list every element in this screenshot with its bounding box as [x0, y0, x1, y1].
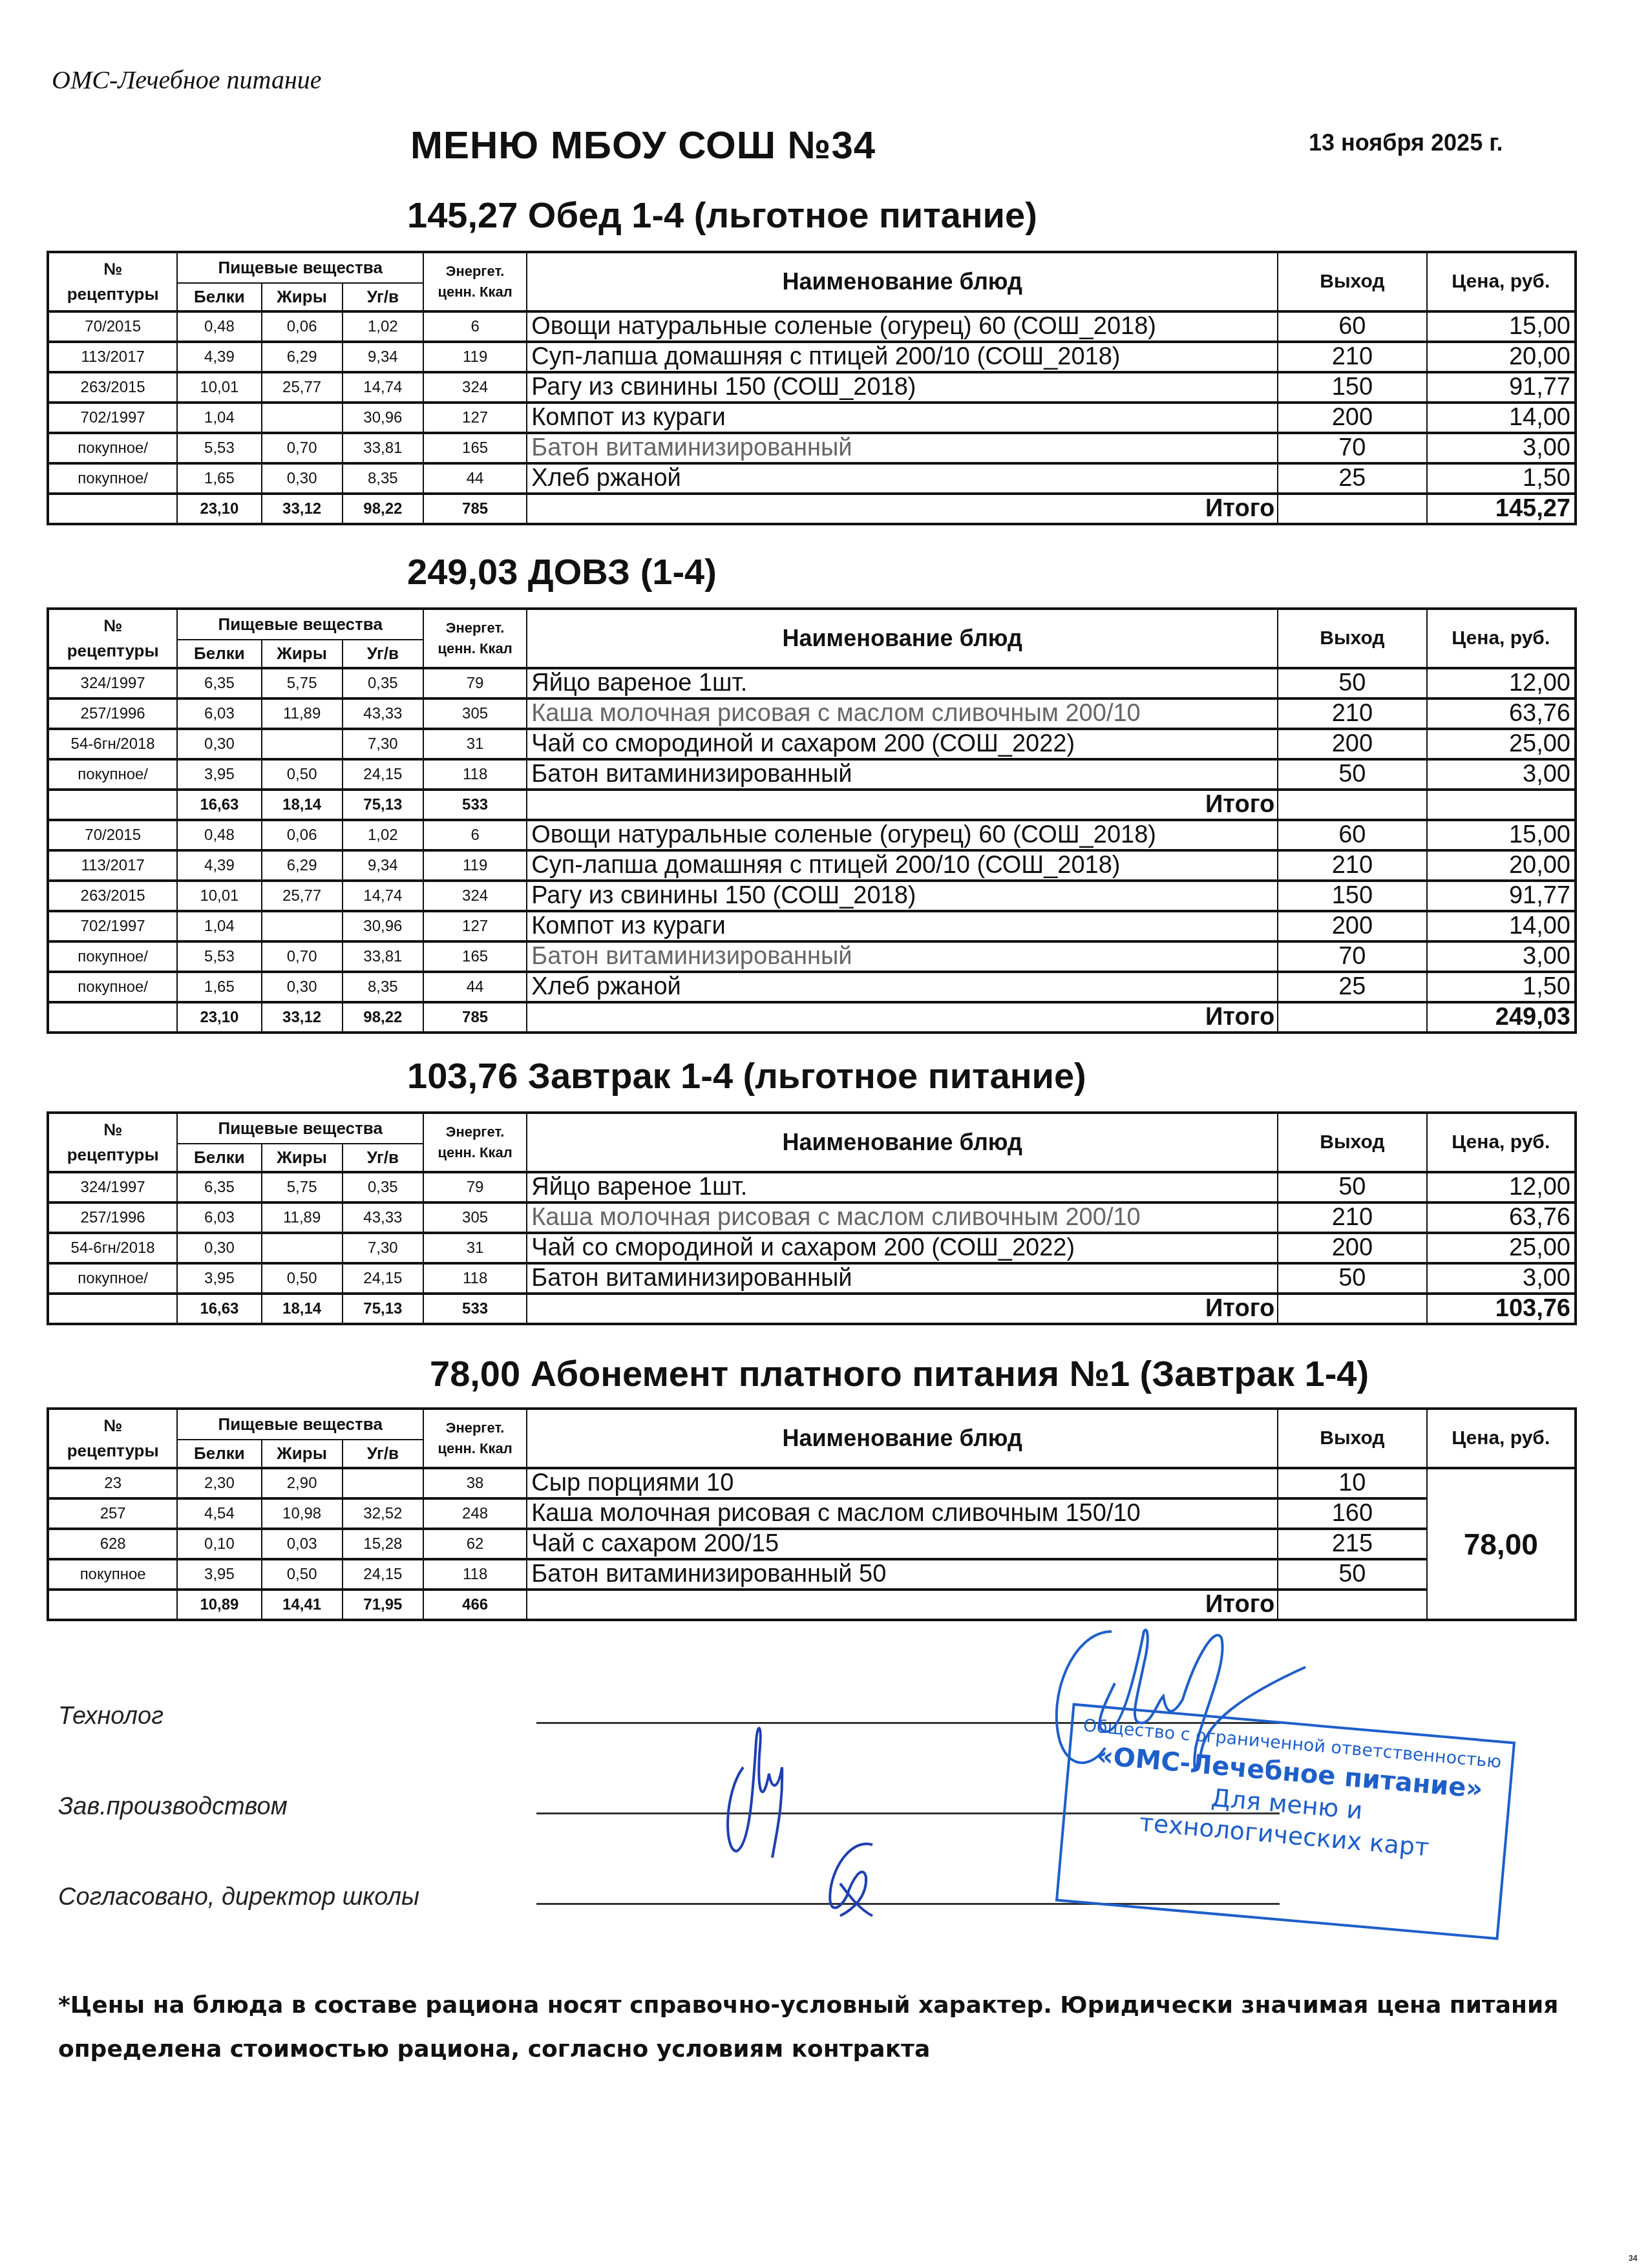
cell-fat: 18,14 — [262, 1294, 343, 1324]
cell-price: 1,50 — [1427, 972, 1576, 1002]
cell-dish-name: Рагу из свинины 150 (СОШ_2018) — [527, 372, 1278, 403]
cell-recipe-no: 324/1997 — [48, 1172, 177, 1202]
cell-carbs: 8,35 — [343, 463, 423, 494]
header-recipe-no-line1: № — [53, 1416, 173, 1436]
cell-fat: 0,50 — [262, 1559, 343, 1590]
header-fat: Жиры — [262, 1440, 343, 1468]
header-carbs: Уг/в — [343, 1144, 423, 1172]
cell-dish-name: Яйцо вареное 1шт. — [527, 1172, 1278, 1202]
cell-protein: 0,48 — [177, 820, 261, 850]
cell-price: 14,00 — [1427, 911, 1576, 941]
table-header-row: №рецептурыПищевые веществаЭнергет.ценн. … — [48, 1409, 1576, 1440]
cell-protein: 4,39 — [177, 342, 261, 372]
cell-protein: 16,63 — [177, 1294, 261, 1324]
cell-recipe-no: покупное/ — [48, 433, 177, 463]
cell-protein: 6,35 — [177, 1172, 261, 1202]
cell-dish-name: Чай со смородиной и сахаром 200 (СОШ_202… — [527, 729, 1278, 759]
menu-table-dovz: №рецептурыПищевые веществаЭнергет.ценн. … — [47, 607, 1577, 1034]
cell-kcal: 127 — [423, 403, 527, 433]
cell-recipe-no: покупное/ — [48, 972, 177, 1002]
page-mark: 34 — [1629, 2254, 1637, 2263]
cell-recipe-no: 263/2015 — [48, 881, 177, 911]
cell-fat: 5,75 — [262, 668, 343, 698]
signature-production-head — [717, 1716, 795, 1864]
cell-fat: 5,75 — [262, 1172, 343, 1202]
header-dish-name: Наименование блюд — [527, 609, 1278, 668]
cell-dish-name: Хлеб ржаной — [527, 972, 1278, 1002]
cell-fat: 2,90 — [262, 1468, 343, 1498]
cell-output: 70 — [1278, 433, 1426, 463]
cell-carbs: 32,52 — [343, 1498, 423, 1529]
table-total-row: 23,1033,1298,22785Итого145,27 — [48, 494, 1576, 524]
header-carbs: Уг/в — [343, 1440, 423, 1468]
cell-carbs: 14,74 — [343, 372, 423, 403]
cell-carbs: 1,02 — [343, 820, 423, 850]
cell-protein: 0,30 — [177, 729, 261, 759]
cell-output: 150 — [1278, 372, 1426, 403]
header-protein: Белки — [177, 1144, 261, 1172]
cell-dish-name: Суп-лапша домашняя с птицей 200/10 (СОШ_… — [527, 342, 1278, 372]
cell-fat: 0,03 — [262, 1529, 343, 1559]
cell-empty — [48, 1590, 177, 1620]
cell-kcal: 533 — [423, 790, 527, 820]
cell-dish-name: Овощи натуральные соленые (огурец) 60 (С… — [527, 820, 1278, 850]
cell-recipe-no: 113/2017 — [48, 850, 177, 881]
cell-protein: 1,04 — [177, 403, 261, 433]
header-output: Выход — [1278, 1409, 1426, 1468]
cell-recipe-no: покупное/ — [48, 759, 177, 790]
cell-price: 63,76 — [1427, 698, 1576, 729]
cell-recipe-no: 257/1996 — [48, 698, 177, 729]
header-recipe-no-line2: рецептуры — [53, 1441, 173, 1461]
cell-fat: 0,70 — [262, 941, 343, 972]
cell-kcal: 31 — [423, 729, 527, 759]
cell-price: 3,00 — [1427, 433, 1576, 463]
cell-recipe-no: 113/2017 — [48, 342, 177, 372]
cell-dish-name: Каша молочная рисовая с маслом сливочным… — [527, 1202, 1278, 1233]
footnote-line-1: *Цены на блюда в составе рациона носят с… — [58, 1984, 1609, 2028]
header-energy-line2: ценн. Ккал — [428, 1142, 522, 1163]
cell-kcal: 79 — [423, 1172, 527, 1202]
cell-kcal: 324 — [423, 881, 527, 911]
table-row: покупное/5,530,7033,81165Батон витаминиз… — [48, 433, 1576, 463]
cell-output: 200 — [1278, 1233, 1426, 1263]
cell-empty — [48, 494, 177, 524]
table-row: покупное/5,530,7033,81165Батон витаминиз… — [48, 941, 1576, 972]
table-row: 54-6гн/20180,307,3031Чай со смородиной и… — [48, 1233, 1576, 1263]
cell-kcal: 118 — [423, 759, 527, 790]
header-fat: Жиры — [262, 640, 343, 668]
cell-output: 10 — [1278, 1468, 1426, 1498]
cell-price: 91,77 — [1427, 372, 1576, 403]
cell-kcal: 533 — [423, 1294, 527, 1324]
header-energy-line1: Энергет. — [428, 618, 522, 638]
table-row: 113/20174,396,299,34119Суп-лапша домашня… — [48, 850, 1576, 881]
price-footnote: *Цены на блюда в составе рациона носят с… — [58, 1984, 1609, 2072]
cell-protein: 10,89 — [177, 1590, 261, 1620]
cell-fat: 18,14 — [262, 790, 343, 820]
cell-fat: 11,89 — [262, 1202, 343, 1233]
cell-price: 20,00 — [1427, 850, 1576, 881]
header-energy-line2: ценн. Ккал — [428, 638, 522, 659]
cell-empty — [48, 1294, 177, 1324]
cell-fat — [262, 729, 343, 759]
cell-total-label: Итого — [527, 494, 1278, 524]
cell-fat: 0,06 — [262, 311, 343, 342]
section-title-dovz: 249,03 ДОВЗ (1-4) — [407, 551, 717, 593]
cell-kcal: 305 — [423, 698, 527, 729]
cell-dish-name: Каша молочная рисовая с маслом сливочным… — [527, 1498, 1278, 1529]
header-price: Цена, руб. — [1427, 252, 1576, 311]
header-recipe-no-line2: рецептуры — [53, 641, 173, 661]
cell-recipe-no: покупное/ — [48, 1263, 177, 1294]
organization-header: ОМС-Лечебное питание — [52, 65, 322, 95]
cell-protein: 4,54 — [177, 1498, 261, 1529]
cell-dish-name: Суп-лапша домашняя с птицей 200/10 (СОШ_… — [527, 850, 1278, 881]
table-header-row: №рецептурыПищевые веществаЭнергет.ценн. … — [48, 609, 1576, 640]
table-row: 232,302,9038Сыр порциями 101078,00 — [48, 1468, 1576, 1498]
cell-dish-name: Овощи натуральные соленые (огурец) 60 (С… — [527, 311, 1278, 342]
signature-label-production-head: Зав.производством — [58, 1793, 288, 1821]
document-date: 13 ноября 2025 г. — [1309, 129, 1503, 156]
cell-kcal: 38 — [423, 1468, 527, 1498]
cell-recipe-no: 702/1997 — [48, 403, 177, 433]
cell-protein: 1,65 — [177, 972, 261, 1002]
cell-kcal: 31 — [423, 1233, 527, 1263]
cell-price: 25,00 — [1427, 1233, 1576, 1263]
header-energy: Энергет.ценн. Ккал — [423, 252, 527, 311]
table-row: 263/201510,0125,7714,74324Рагу из свинин… — [48, 372, 1576, 403]
cell-carbs: 30,96 — [343, 403, 423, 433]
cell-protein: 3,95 — [177, 1559, 261, 1590]
section-title-lunch: 145,27 Обед 1-4 (льготное питание) — [407, 194, 1037, 236]
cell-total-label: Итого — [527, 790, 1278, 820]
cell-dish-name: Компот из кураги — [527, 403, 1278, 433]
section-title-breakfast: 103,76 Завтрак 1-4 (льготное питание) — [407, 1055, 1086, 1097]
table-total-row: 10,8914,4171,95466Итого — [48, 1590, 1576, 1620]
cell-kcal: 79 — [423, 668, 527, 698]
cell-dish-name: Компот из кураги — [527, 911, 1278, 941]
cell-protein: 23,10 — [177, 1002, 261, 1033]
company-stamp: Общество с ограниченной ответственностью… — [1055, 1703, 1516, 1940]
table-row: 257/19966,0311,8943,33305Каша молочная р… — [48, 698, 1576, 729]
cell-fat: 0,50 — [262, 1263, 343, 1294]
cell-output: 25 — [1278, 463, 1426, 494]
cell-total-price: 249,03 — [1427, 1002, 1576, 1033]
cell-carbs — [343, 1468, 423, 1498]
header-dish-name: Наименование блюд — [527, 1113, 1278, 1172]
cell-fat: 6,29 — [262, 342, 343, 372]
menu-table-subscription: №рецептурыПищевые веществаЭнергет.ценн. … — [47, 1407, 1577, 1621]
table-row: 324/19976,355,750,3579Яйцо вареное 1шт.5… — [48, 1172, 1576, 1202]
table-row: 6280,100,0315,2862Чай с сахаром 200/1521… — [48, 1529, 1576, 1559]
table-row: 113/20174,396,299,34119Суп-лапша домашня… — [48, 342, 1576, 372]
header-energy-line1: Энергет. — [428, 1418, 522, 1438]
cell-price: 3,00 — [1427, 941, 1576, 972]
cell-recipe-no: покупное/ — [48, 463, 177, 494]
cell-protein: 0,30 — [177, 1233, 261, 1263]
header-energy: Энергет.ценн. Ккал — [423, 1113, 527, 1172]
cell-protein: 1,04 — [177, 911, 261, 941]
table-row: покупное/3,950,5024,15118Батон витаминиз… — [48, 759, 1576, 790]
header-price: Цена, руб. — [1427, 1113, 1576, 1172]
cell-fat: 0,70 — [262, 433, 343, 463]
cell-dish-name: Чай со смородиной и сахаром 200 (СОШ_202… — [527, 1233, 1278, 1263]
cell-empty — [48, 790, 177, 820]
table-header-row: №рецептурыПищевые веществаЭнергет.ценн. … — [48, 252, 1576, 283]
header-energy-line2: ценн. Ккал — [428, 1438, 522, 1459]
cell-carbs: 75,13 — [343, 790, 423, 820]
header-recipe-no-line2: рецептуры — [53, 284, 173, 304]
cell-kcal: 119 — [423, 342, 527, 372]
cell-price: 3,00 — [1427, 1263, 1576, 1294]
cell-protein: 2,30 — [177, 1468, 261, 1498]
cell-carbs: 71,95 — [343, 1590, 423, 1620]
cell-price: 15,00 — [1427, 820, 1576, 850]
cell-output: 50 — [1278, 1263, 1426, 1294]
header-recipe-no: №рецептуры — [48, 1409, 177, 1468]
cell-output: 60 — [1278, 820, 1426, 850]
cell-price: 63,76 — [1427, 1202, 1576, 1233]
cell-recipe-no: 628 — [48, 1529, 177, 1559]
cell-protein: 0,10 — [177, 1529, 261, 1559]
header-nutrients: Пищевые вещества — [177, 1113, 423, 1144]
header-dish-name: Наименование блюд — [527, 252, 1278, 311]
cell-kcal: 466 — [423, 1590, 527, 1620]
cell-dish-name: Хлеб ржаной — [527, 463, 1278, 494]
cell-carbs: 33,81 — [343, 433, 423, 463]
menu-table-breakfast: №рецептурыПищевые веществаЭнергет.ценн. … — [47, 1111, 1577, 1325]
cell-dish-name: Батон витаминизированный — [527, 433, 1278, 463]
cell-recipe-no: 263/2015 — [48, 372, 177, 403]
header-recipe-no-line1: № — [53, 1120, 173, 1140]
cell-kcal: 118 — [423, 1559, 527, 1590]
cell-dish-name: Батон витаминизированный 50 — [527, 1559, 1278, 1590]
cell-kcal: 44 — [423, 972, 527, 1002]
cell-carbs: 15,28 — [343, 1529, 423, 1559]
cell-total-label: Итого — [527, 1002, 1278, 1033]
cell-kcal: 6 — [423, 820, 527, 850]
header-energy-line2: ценн. Ккал — [428, 282, 522, 302]
table-total-row: 16,6318,1475,13533Итого — [48, 790, 1576, 820]
table-row: покупное/3,950,5024,15118Батон витаминиз… — [48, 1263, 1576, 1294]
cell-output: 160 — [1278, 1498, 1426, 1529]
cell-dish-name: Батон витаминизированный — [527, 759, 1278, 790]
cell-output: 215 — [1278, 1529, 1426, 1559]
cell-output: 210 — [1278, 698, 1426, 729]
cell-carbs: 75,13 — [343, 1294, 423, 1324]
cell-kcal: 6 — [423, 311, 527, 342]
cell-kcal: 118 — [423, 1263, 527, 1294]
cell-price: 1,50 — [1427, 463, 1576, 494]
signature-label-director: Согласовано, директор школы — [58, 1884, 419, 1911]
signature-label-technologist: Технолог — [58, 1703, 164, 1730]
cell-fat: 0,06 — [262, 820, 343, 850]
cell-protein: 0,48 — [177, 311, 261, 342]
cell-fat — [262, 911, 343, 941]
cell-protein: 16,63 — [177, 790, 261, 820]
cell-kcal: 165 — [423, 941, 527, 972]
cell-price: 12,00 — [1427, 668, 1576, 698]
table-row: 2574,5410,9832,52248Каша молочная рисова… — [48, 1498, 1576, 1529]
cell-price: 15,00 — [1427, 311, 1576, 342]
cell-fat: 25,77 — [262, 881, 343, 911]
cell-total-label: Итого — [527, 1590, 1278, 1620]
cell-recipe-no: покупное/ — [48, 941, 177, 972]
table-row: 702/19971,0430,96127Компот из кураги2001… — [48, 403, 1576, 433]
header-output: Выход — [1278, 609, 1426, 668]
cell-fat: 14,41 — [262, 1590, 343, 1620]
cell-carbs: 7,30 — [343, 729, 423, 759]
table-row: покупное/1,650,308,3544Хлеб ржаной251,50 — [48, 972, 1576, 1002]
cell-output: 60 — [1278, 311, 1426, 342]
cell-recipe-no: 257/1996 — [48, 1202, 177, 1233]
table-row: 324/19976,355,750,3579Яйцо вареное 1шт.5… — [48, 668, 1576, 698]
cell-fat: 0,50 — [262, 759, 343, 790]
header-carbs: Уг/в — [343, 640, 423, 668]
cell-fat — [262, 403, 343, 433]
table-header-row: №рецептурыПищевые веществаЭнергет.ценн. … — [48, 1113, 1576, 1144]
cell-empty — [48, 1002, 177, 1033]
header-recipe-no-line2: рецептуры — [53, 1145, 173, 1165]
cell-fat: 6,29 — [262, 850, 343, 881]
cell-protein: 1,65 — [177, 463, 261, 494]
cell-recipe-no: 324/1997 — [48, 668, 177, 698]
cell-recipe-no: 54-6гн/2018 — [48, 729, 177, 759]
cell-carbs: 8,35 — [343, 972, 423, 1002]
cell-ration-price: 78,00 — [1427, 1468, 1576, 1620]
header-energy: Энергет.ценн. Ккал — [423, 1409, 527, 1468]
cell-recipe-no: 70/2015 — [48, 311, 177, 342]
cell-protein: 10,01 — [177, 881, 261, 911]
cell-output: 210 — [1278, 1202, 1426, 1233]
header-fat: Жиры — [262, 1144, 343, 1172]
cell-output: 200 — [1278, 729, 1426, 759]
cell-carbs: 24,15 — [343, 1263, 423, 1294]
table-row: 702/19971,0430,96127Компот из кураги2001… — [48, 911, 1576, 941]
header-recipe-no-line1: № — [53, 616, 173, 636]
cell-kcal: 785 — [423, 1002, 527, 1033]
cell-carbs: 33,81 — [343, 941, 423, 972]
cell-output: 25 — [1278, 972, 1426, 1002]
header-recipe-no: №рецептуры — [48, 252, 177, 311]
cell-carbs: 0,35 — [343, 668, 423, 698]
cell-empty — [1278, 1294, 1426, 1324]
header-energy-line1: Энергет. — [428, 261, 522, 282]
cell-kcal: 44 — [423, 463, 527, 494]
header-recipe-no: №рецептуры — [48, 609, 177, 668]
table-total-row: 23,1033,1298,22785Итого249,03 — [48, 1002, 1576, 1033]
cell-dish-name: Батон витаминизированный — [527, 941, 1278, 972]
table-row: покупное3,950,5024,15118Батон витаминизи… — [48, 1559, 1576, 1590]
cell-price: 20,00 — [1427, 342, 1576, 372]
cell-output: 200 — [1278, 403, 1426, 433]
cell-price: 12,00 — [1427, 1172, 1576, 1202]
cell-protein: 10,01 — [177, 372, 261, 403]
page-title: МЕНЮ МБОУ СОШ №34 — [410, 123, 876, 167]
cell-output: 50 — [1278, 759, 1426, 790]
header-energy: Энергет.ценн. Ккал — [423, 609, 527, 668]
cell-kcal: 324 — [423, 372, 527, 403]
cell-output: 70 — [1278, 941, 1426, 972]
cell-dish-name: Батон витаминизированный — [527, 1263, 1278, 1294]
cell-protein: 6,35 — [177, 668, 261, 698]
cell-price: 3,00 — [1427, 759, 1576, 790]
cell-protein: 5,53 — [177, 941, 261, 972]
cell-protein: 3,95 — [177, 1263, 261, 1294]
cell-recipe-no: 257 — [48, 1498, 177, 1529]
cell-price: 91,77 — [1427, 881, 1576, 911]
cell-empty — [1278, 790, 1426, 820]
header-recipe-no: №рецептуры — [48, 1113, 177, 1172]
cell-empty — [1278, 494, 1426, 524]
table-row: 70/20150,480,061,026Овощи натуральные со… — [48, 311, 1576, 342]
cell-fat: 0,30 — [262, 972, 343, 1002]
cell-fat: 10,98 — [262, 1498, 343, 1529]
cell-carbs: 43,33 — [343, 698, 423, 729]
header-energy-line1: Энергет. — [428, 1122, 522, 1142]
cell-dish-name: Рагу из свинины 150 (СОШ_2018) — [527, 881, 1278, 911]
cell-carbs: 9,34 — [343, 850, 423, 881]
cell-protein: 4,39 — [177, 850, 261, 881]
cell-protein: 6,03 — [177, 1202, 261, 1233]
cell-total-price: 145,27 — [1427, 494, 1576, 524]
cell-output: 210 — [1278, 850, 1426, 881]
cell-output: 150 — [1278, 881, 1426, 911]
header-price: Цена, руб. — [1427, 1409, 1576, 1468]
cell-carbs: 14,74 — [343, 881, 423, 911]
cell-dish-name: Яйцо вареное 1шт. — [527, 668, 1278, 698]
cell-price: 14,00 — [1427, 403, 1576, 433]
cell-recipe-no: 70/2015 — [48, 820, 177, 850]
cell-dish-name: Каша молочная рисовая с маслом сливочным… — [527, 698, 1278, 729]
cell-fat: 25,77 — [262, 372, 343, 403]
header-price: Цена, руб. — [1427, 609, 1576, 668]
header-output: Выход — [1278, 1113, 1426, 1172]
menu-table-lunch: №рецептурыПищевые веществаЭнергет.ценн. … — [47, 251, 1577, 525]
cell-output: 50 — [1278, 1172, 1426, 1202]
cell-carbs: 98,22 — [343, 1002, 423, 1033]
cell-carbs: 98,22 — [343, 494, 423, 524]
cell-total-label: Итого — [527, 1294, 1278, 1324]
cell-carbs: 7,30 — [343, 1233, 423, 1263]
cell-carbs: 24,15 — [343, 1559, 423, 1590]
signature-director — [814, 1838, 885, 1922]
cell-carbs: 1,02 — [343, 311, 423, 342]
cell-kcal: 119 — [423, 850, 527, 881]
cell-recipe-no: 54-6гн/2018 — [48, 1233, 177, 1263]
cell-recipe-no: 702/1997 — [48, 911, 177, 941]
table-row: 54-6гн/20180,307,3031Чай со смородиной и… — [48, 729, 1576, 759]
cell-carbs: 0,35 — [343, 1172, 423, 1202]
cell-output: 210 — [1278, 342, 1426, 372]
cell-kcal: 785 — [423, 494, 527, 524]
header-protein: Белки — [177, 1440, 261, 1468]
cell-dish-name: Чай с сахаром 200/15 — [527, 1529, 1278, 1559]
table-row: 263/201510,0125,7714,74324Рагу из свинин… — [48, 881, 1576, 911]
cell-recipe-no: покупное — [48, 1559, 177, 1590]
cell-fat: 33,12 — [262, 1002, 343, 1033]
cell-price: 25,00 — [1427, 729, 1576, 759]
cell-total-price: 103,76 — [1427, 1294, 1576, 1324]
table-row: 257/19966,0311,8943,33305Каша молочная р… — [48, 1202, 1576, 1233]
header-dish-name: Наименование блюд — [527, 1409, 1278, 1468]
cell-output: 200 — [1278, 911, 1426, 941]
table-total-row: 16,6318,1475,13533Итого103,76 — [48, 1294, 1576, 1324]
cell-carbs: 30,96 — [343, 911, 423, 941]
cell-protein: 23,10 — [177, 494, 261, 524]
cell-fat — [262, 1233, 343, 1263]
